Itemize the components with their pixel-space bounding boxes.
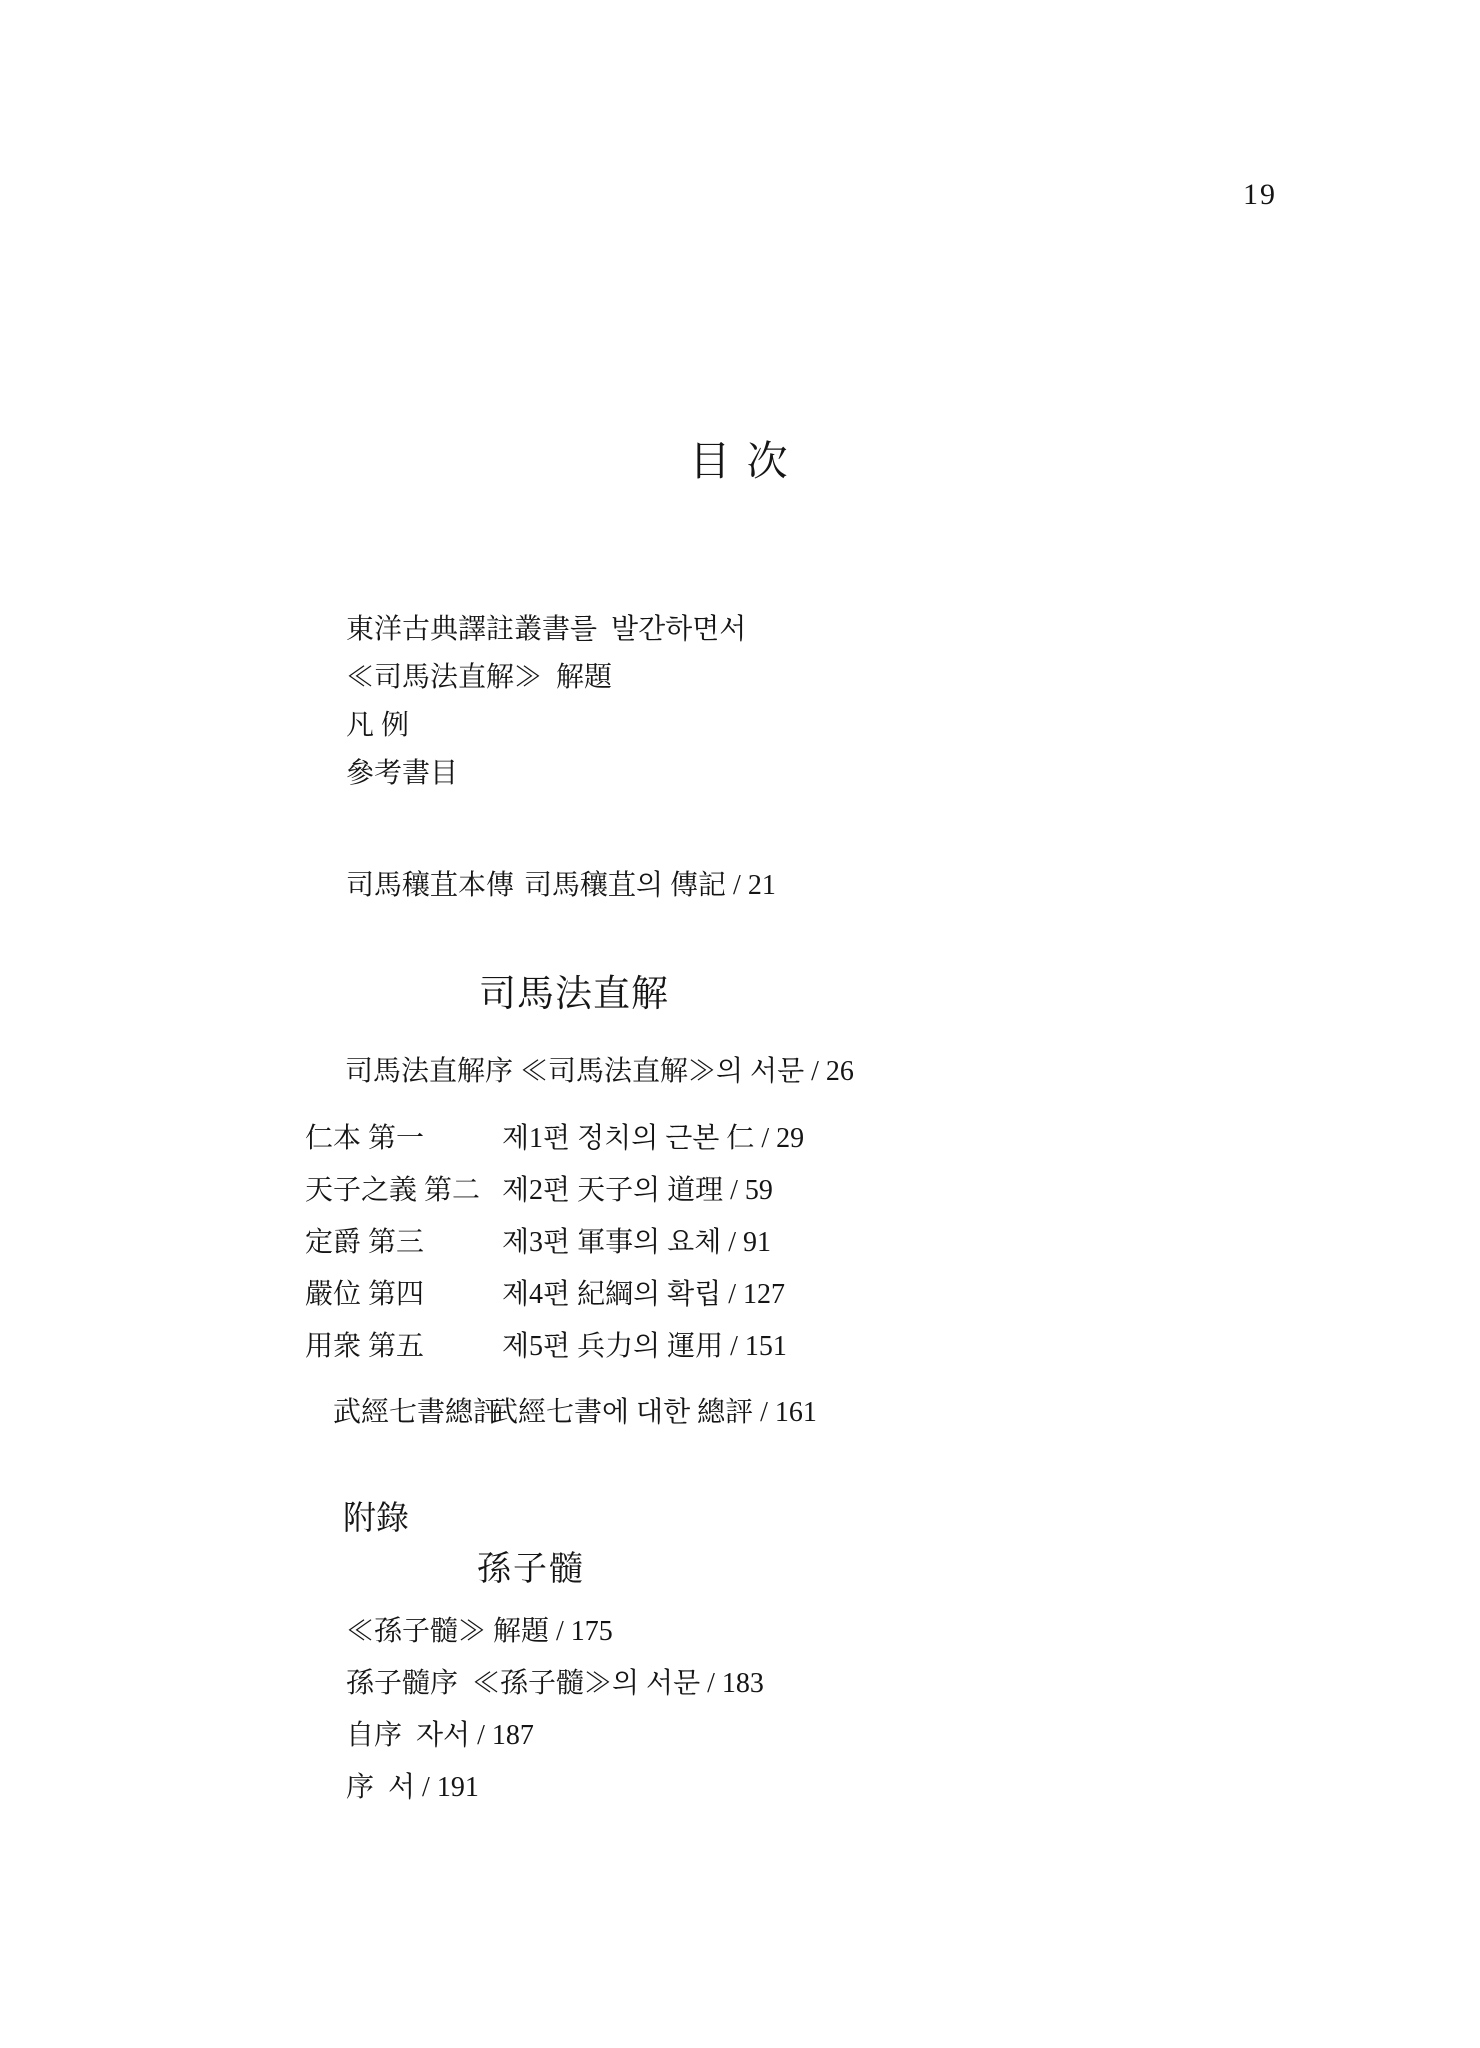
toc-row-review: 武經七書總評 武經七書에 대한 總評 / 161 [333, 1390, 817, 1430]
appendix-item: 自序 자서 / 187 [346, 1720, 764, 1772]
toc-page: 19 目 次 東洋古典譯註叢書를 발간하면서 ≪司馬法直解≫ 解題 凡 例 參考… [0, 0, 1480, 2048]
front-matter-list: 東洋古典譯註叢書를 발간하면서 ≪司馬法直解≫ 解題 凡 例 參考書目 [346, 606, 746, 798]
row-title: 用衆 第五 [305, 1324, 502, 1364]
row-title: 司馬穰苴本傳 [346, 863, 524, 903]
row-page-ref: 제2편 天子의 道理 / 59 [502, 1168, 773, 1208]
row-page-ref: 司馬穰苴의 傳記 / 21 [524, 863, 776, 903]
appendix-item: ≪孫子髓≫ 解題 / 175 [346, 1616, 764, 1668]
row-page-ref: ≪司馬法直解≫의 서문 / 26 [520, 1049, 854, 1089]
row-page-ref: 제4편 紀綱의 확립 / 127 [502, 1272, 785, 1312]
front-matter-item: 參考書目 [346, 750, 746, 798]
row-title: 司馬法直解序 [345, 1049, 520, 1089]
toc-row-chapter: 嚴位 第四 제4편 紀綱의 확립 / 127 [305, 1272, 804, 1324]
toc-row-chapter: 天子之義 第二 제2편 天子의 道理 / 59 [305, 1168, 804, 1220]
row-title: 嚴位 第四 [305, 1272, 502, 1312]
row-page-ref: 제5편 兵力의 運用 / 151 [502, 1324, 787, 1364]
row-page-ref: 제3편 軍事의 요체 / 91 [502, 1220, 771, 1260]
appendix-heading: 附錄 [343, 1492, 409, 1539]
toc-row-chapter: 用衆 第五 제5편 兵力의 運用 / 151 [305, 1324, 804, 1376]
row-title: 仁本 第一 [305, 1116, 502, 1156]
front-matter-item: ≪司馬法直解≫ 解題 [346, 654, 746, 702]
toc-row-chapter: 仁本 第一 제1편 정치의 근본 仁 / 29 [305, 1116, 804, 1168]
row-page-ref: 武經七書에 대한 總評 / 161 [490, 1390, 817, 1430]
row-page-ref: 제1편 정치의 근본 仁 / 29 [502, 1116, 804, 1156]
row-title: 天子之義 第二 [305, 1168, 502, 1208]
toc-title: 目 次 [0, 428, 1480, 487]
page-number: 19 [1243, 178, 1277, 212]
appendix-subheading: 孫子髓 [477, 1541, 585, 1590]
appendix-item: 孫子髓序 ≪孫子髓≫의 서문 / 183 [346, 1668, 764, 1720]
front-matter-item: 凡 例 [346, 702, 746, 750]
appendix-list: ≪孫子髓≫ 解題 / 175 孫子髓序 ≪孫子髓≫의 서문 / 183 自序 자… [346, 1616, 764, 1824]
toc-row-biography: 司馬穰苴本傳 司馬穰苴의 傳記 / 21 [346, 863, 776, 903]
row-title: 定爵 第三 [305, 1220, 502, 1260]
row-title: 武經七書總評 [333, 1390, 490, 1430]
toc-row-chapter: 定爵 第三 제3편 軍事의 요체 / 91 [305, 1220, 804, 1272]
appendix-item: 序 서 / 191 [346, 1772, 764, 1824]
front-matter-item: 東洋古典譯註叢書를 발간하면서 [346, 606, 746, 654]
chapter-list: 仁本 第一 제1편 정치의 근본 仁 / 29 天子之義 第二 제2편 天子의 … [305, 1116, 804, 1376]
toc-row-preface: 司馬法直解序 ≪司馬法直解≫의 서문 / 26 [345, 1049, 854, 1089]
section-heading: 司馬法直解 [479, 963, 669, 1017]
